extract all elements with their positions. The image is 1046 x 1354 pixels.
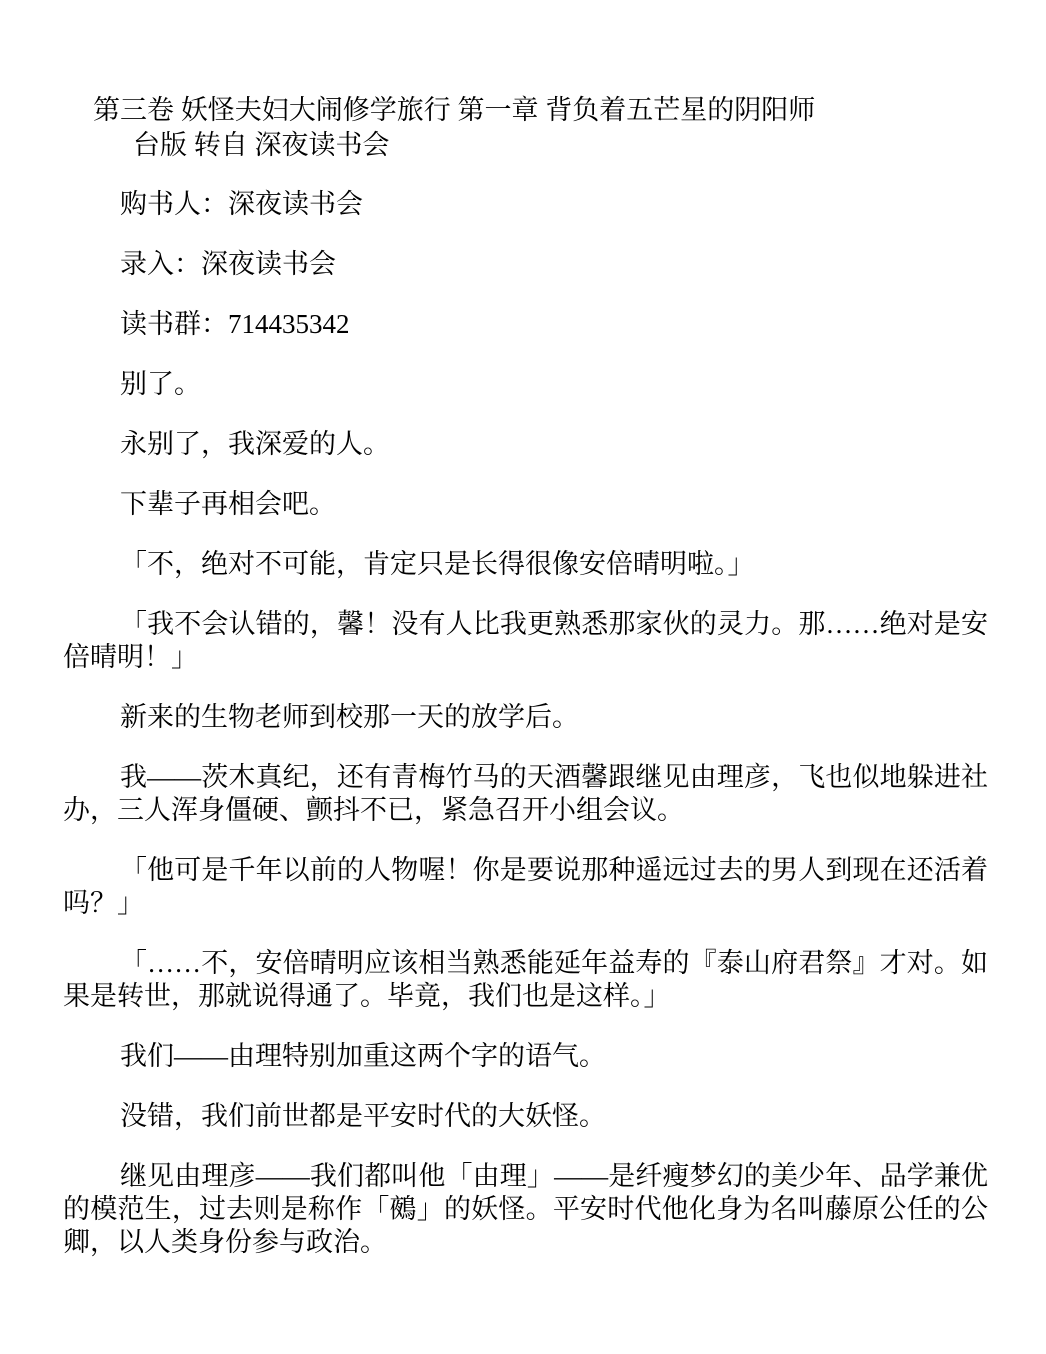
paragraph: 读书群：714435342 <box>63 308 988 341</box>
paragraph: 永别了，我深爱的人。 <box>63 428 988 461</box>
paragraph: 没错，我们前世都是平安时代的大妖怪。 <box>63 1100 988 1133</box>
heading-line-2: 台版 转自 深夜读书会 <box>133 128 988 163</box>
paragraph: 录入：深夜读书会 <box>63 248 988 281</box>
paragraph: 新来的生物老师到校那一天的放学后。 <box>63 701 988 734</box>
paragraph: 「我不会认错的，馨！没有人比我更熟悉那家伙的灵力。那……绝对是安倍晴明！」 <box>63 608 988 674</box>
paragraph: 我——茨木真纪，还有青梅竹马的天酒馨跟继见由理彦，飞也似地躲进社办，三人浑身僵硬… <box>63 761 988 827</box>
heading-line-1: 第三卷 妖怪夫妇大闹修学旅行 第一章 背负着五芒星的阴阳师 <box>93 93 988 128</box>
page: 第三卷 妖怪夫妇大闹修学旅行 第一章 背负着五芒星的阴阳师 台版 转自 深夜读书… <box>0 0 1046 1354</box>
paragraph: 「他可是千年以前的人物喔！你是要说那种遥远过去的男人到现在还活着吗？」 <box>63 854 988 920</box>
paragraph: 购书人：深夜读书会 <box>63 188 988 221</box>
paragraph: 继见由理彦——我们都叫他「由理」——是纤瘦梦幻的美少年、品学兼优的模范生，过去则… <box>63 1160 988 1259</box>
paragraph: 我们——由理特别加重这两个字的语气。 <box>63 1040 988 1073</box>
paragraph: 「不，绝对不可能，肯定只是长得很像安倍晴明啦。」 <box>63 548 988 581</box>
paragraph: 别了。 <box>63 368 988 401</box>
chapter-heading: 第三卷 妖怪夫妇大闹修学旅行 第一章 背负着五芒星的阴阳师 台版 转自 深夜读书… <box>63 93 988 163</box>
paragraph: 下辈子再相会吧。 <box>63 488 988 521</box>
paragraph: 「……不，安倍晴明应该相当熟悉能延年益寿的『泰山府君祭』才对。如果是转世，那就说… <box>63 947 988 1013</box>
